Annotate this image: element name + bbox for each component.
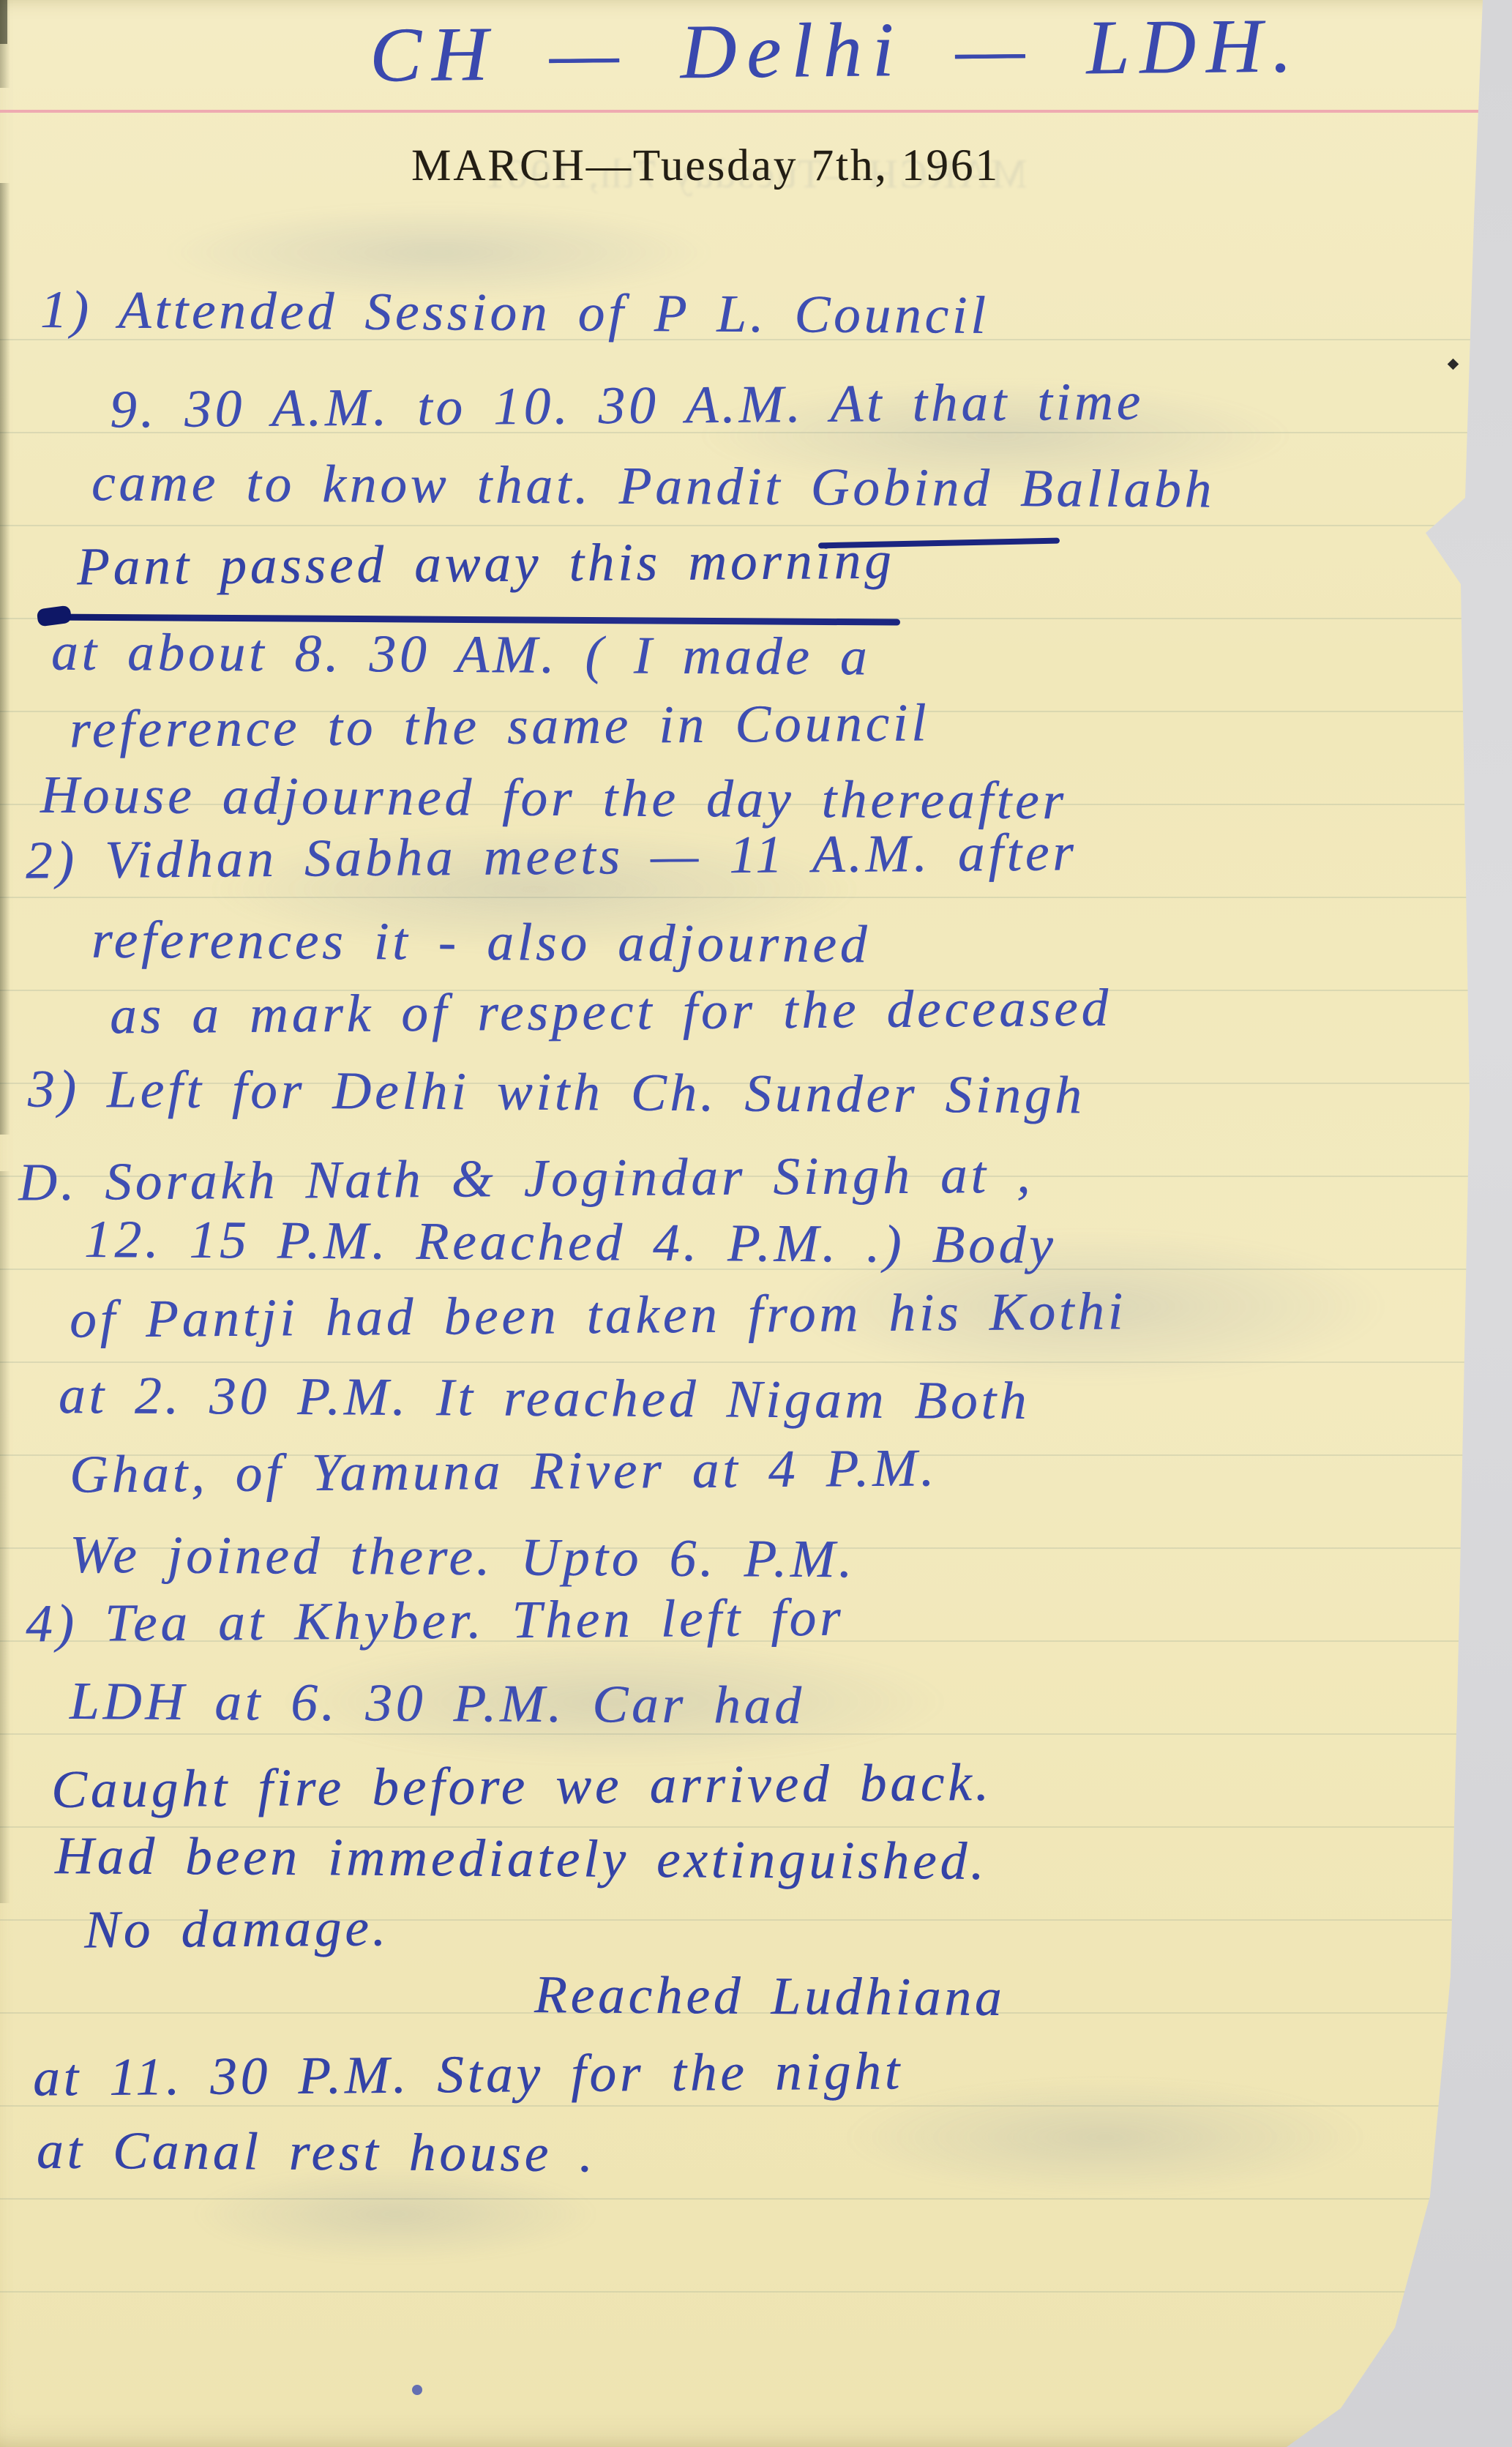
diary-line: 12. 15 P.M. Reached 4. P.M. .) Body	[84, 1208, 1057, 1276]
printed-date-heading: MARCH—Tuesday 7th, 1961	[411, 141, 1000, 192]
stray-ink-dot	[412, 2385, 422, 2395]
diary-line: Had been immediately extinguished.	[55, 1825, 988, 1892]
bleed-through-smudge	[842, 2079, 1369, 2196]
handwritten-route-header: CH — Delhi — LDH.	[369, 1, 1302, 100]
scanned-diary-page: CH — Delhi — LDH. MARCH—Tuesday 7th, 196…	[0, 0, 1512, 2447]
diary-line: 3) Left for Delhi with Ch. Sunder Singh	[28, 1058, 1085, 1127]
binding-gutter-shadow	[0, 183, 10, 1135]
diary-line: at 2. 30 P.M. It reached Nigam Both	[59, 1364, 1030, 1432]
diary-line: of Pantji had been taken from his Kothi	[70, 1280, 1127, 1350]
diary-line: 1) Attended Session of P L. Council	[40, 279, 989, 346]
diary-line: Pant passed away this morning	[77, 530, 895, 598]
ink-speck	[1448, 359, 1459, 370]
diary-line: Reached Ludhiana	[534, 1964, 1006, 2028]
diary-line: 4) Tea at Khyber. Then left for	[26, 1587, 845, 1655]
diary-line: as a mark of respect for the deceased	[110, 977, 1112, 1047]
diary-line: 9. 30 A.M. to 10. 30 A.M. At that time	[110, 370, 1145, 440]
diary-line: references it - also adjourned	[91, 909, 871, 975]
diary-line: Caught fire before we arrived back.	[51, 1752, 992, 1820]
diary-line: Ghat, of Yamuna River at 4 P.M.	[70, 1437, 938, 1505]
diary-line: at 11. 30 P.M. Stay for the night	[33, 2040, 904, 2108]
pink-head-rule	[0, 110, 1483, 113]
diary-line: 2) Vidhan Sabha meets — 11 A.M. after	[26, 821, 1077, 891]
diary-line: reference to the same in Council	[70, 692, 930, 760]
diary-line: at Canal rest house .	[37, 2120, 596, 2185]
diary-line: We joined there. Upto 6. P.M.	[70, 1524, 856, 1591]
scan-corner-shadow	[0, 0, 7, 44]
diary-line: D. Sorakh Nath & Jogindar Singh at ,	[18, 1144, 1034, 1214]
diary-line: No damage.	[84, 1897, 389, 1960]
diary-line: House adjourned for the day thereafter	[40, 764, 1067, 832]
binding-gutter-shadow	[0, 1171, 10, 1903]
diary-line: at about 8. 30 AM. ( I made a	[51, 621, 871, 688]
diary-paper-sheet: CH — Delhi — LDH. MARCH—Tuesday 7th, 196…	[0, 0, 1512, 2447]
diary-line: came to know that. Pandit Gobind Ballabh	[91, 452, 1216, 520]
diary-line: LDH at 6. 30 P.M. Car had	[70, 1670, 805, 1736]
